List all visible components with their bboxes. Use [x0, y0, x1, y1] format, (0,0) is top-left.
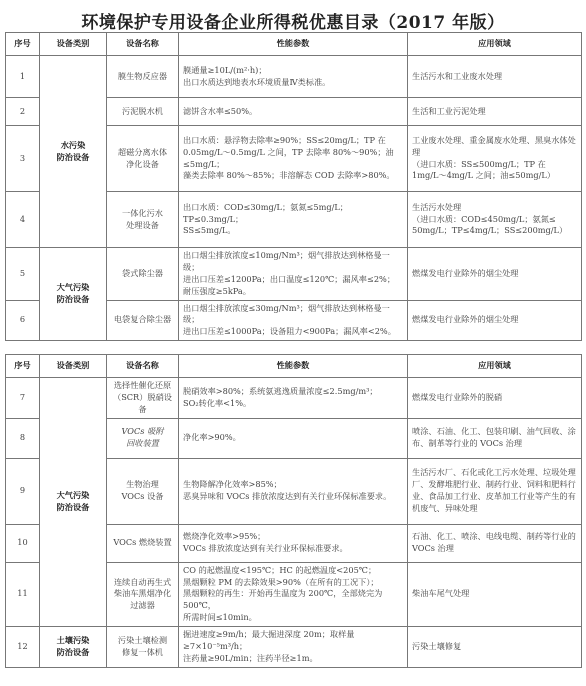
header-params: 性能参数 — [179, 33, 408, 56]
performance-params: 出口烟尘排放浓度≤30mg/Nm³；烟气排放达到林格曼一级； 进出口压差≤100… — [179, 300, 408, 341]
row-no: 11 — [6, 562, 40, 626]
equipment-name: 污泥脱水机 — [107, 98, 179, 126]
equipment-name: 电袋复合除尘器 — [107, 300, 179, 341]
application-domain: 燃煤发电行业除外的脱硝 — [408, 378, 582, 419]
application-domain: 生活污水处理 （进口水质：COD≤450mg/L；氨氮≤ 50mg/L；TP≤4… — [408, 192, 582, 248]
row-no: 12 — [6, 627, 40, 668]
application-domain: 生活污水和工业废水处理 — [408, 56, 582, 98]
performance-params: 膜通量≥10L/(m²·h)； 出口水质达到地表水环境质量Ⅳ类标准。 — [179, 56, 408, 98]
application-domain: 柴油车尾气处理 — [408, 562, 582, 626]
row-no: 9 — [6, 458, 40, 524]
application-domain: 石油、化工、喷涂、电线电缆、制药等行业的 VOCs 治理 — [408, 524, 582, 562]
performance-params: 燃烧净化效率>95%； VOCs 排放浓度达到有关行业环保标准要求。 — [179, 524, 408, 562]
equipment-name: 污染土壤检测 修复一体机 — [107, 627, 179, 668]
performance-params: 净化率>90%。 — [179, 418, 408, 458]
category-soil: 土壤污染 防治设备 — [40, 627, 107, 668]
row-no: 7 — [6, 378, 40, 419]
row-no: 4 — [6, 192, 40, 248]
application-domain: 燃煤发电行业除外的烟尘处理 — [408, 248, 582, 301]
category-air: 大气污染 防治设备 — [40, 248, 107, 341]
equipment-name: 膜生物反应器 — [107, 56, 179, 98]
header-params: 性能参数 — [179, 355, 408, 378]
application-domain: 燃煤发电行业除外的烟尘处理 — [408, 300, 582, 341]
row-no: 3 — [6, 126, 40, 192]
header-name: 设备名称 — [107, 355, 179, 378]
performance-params: 滤饼含水率≤50%。 — [179, 98, 408, 126]
equipment-name: 生物治理 VOCs 设备 — [107, 458, 179, 524]
equipment-name: 袋式除尘器 — [107, 248, 179, 301]
performance-params: CO 的起燃温度<195℃；HC 的起燃温度<205℃； 黑烟颗粒 PM 的去除… — [179, 562, 408, 626]
application-domain: 污染土壤修复 — [408, 627, 582, 668]
catalog-table-part2: 序号 设备类别 设备名称 性能参数 应用领域 7 大气污染 防治设备 选择性催化… — [5, 354, 582, 668]
category-air: 大气污染 防治设备 — [40, 378, 107, 627]
application-domain: 喷涂、石油、化工、包装印刷、油气回收、涂布、制革等行业的 VOCs 治理 — [408, 418, 582, 458]
header-no: 序号 — [6, 33, 40, 56]
header-no: 序号 — [6, 355, 40, 378]
equipment-name: 一体化污水 处理设备 — [107, 192, 179, 248]
table-header-row: 序号 设备类别 设备名称 性能参数 应用领域 — [6, 355, 582, 378]
header-name: 设备名称 — [107, 33, 179, 56]
table-row: 7 大气污染 防治设备 选择性催化还原 （SCR）脱硝设备 脱硝效率>80%；系… — [6, 378, 582, 419]
page-title: 环境保护专用设备企业所得税优惠目录（2017 年版） — [0, 8, 586, 33]
equipment-name: 超磁分离水体 净化设备 — [107, 126, 179, 192]
category-water: 水污染 防治设备 — [40, 56, 107, 248]
table-row: 12 土壤污染 防治设备 污染土壤检测 修复一体机 掘进速度≥9m/h；最大掘进… — [6, 627, 582, 668]
table-row: 5 大气污染 防治设备 袋式除尘器 出口烟尘排放浓度≤10mg/Nm³；烟气排放… — [6, 248, 582, 301]
performance-params: 生物降解净化效率>85%； 恶臭异味和 VOCs 排放浓度达到有关行业环保标准要… — [179, 458, 408, 524]
table-row: 1 水污染 防治设备 膜生物反应器 膜通量≥10L/(m²·h)； 出口水质达到… — [6, 56, 582, 98]
performance-params: 脱硝效率>80%；系统氨逃逸质量浓度≤2.5mg/m³； SO₂转化率<1%。 — [179, 378, 408, 419]
row-no: 1 — [6, 56, 40, 98]
equipment-name: VOCs 吸附 回收装置 — [107, 418, 179, 458]
application-domain: 生活污水厂、石化或化工污水处理、垃圾处理厂、发酵堆肥行业、制药行业、饲料和肥料行… — [408, 458, 582, 524]
catalog-table-part1: 序号 设备类别 设备名称 性能参数 应用领域 1 水污染 防治设备 膜生物反应器… — [5, 32, 582, 341]
header-domain: 应用领域 — [408, 33, 582, 56]
row-no: 5 — [6, 248, 40, 301]
table-header-row: 序号 设备类别 设备名称 性能参数 应用领域 — [6, 33, 582, 56]
row-no: 10 — [6, 524, 40, 562]
header-category: 设备类别 — [40, 33, 107, 56]
performance-params: 出口水质：悬浮物去除率≥90%；SS≤20mg/L；TP 在 0.05mg/L～… — [179, 126, 408, 192]
equipment-name: 连续自动再生式 柴油车黑烟净化 过滤器 — [107, 562, 179, 626]
row-no: 2 — [6, 98, 40, 126]
row-no: 6 — [6, 300, 40, 341]
performance-params: 掘进速度≥9m/h；最大掘进深度 20m；取样量≥7×10⁻⁵m³/h； 注药量… — [179, 627, 408, 668]
row-no: 8 — [6, 418, 40, 458]
application-domain: 工业废水处理、重金属废水处理、黑臭水体处理 （进口水质：SS≤500mg/L；T… — [408, 126, 582, 192]
equipment-name: 选择性催化还原 （SCR）脱硝设备 — [107, 378, 179, 419]
performance-params: 出口水质：COD≤30mg/L；氨氮≤5mg/L；TP≤0.3mg/L； SS≤… — [179, 192, 408, 248]
header-domain: 应用领域 — [408, 355, 582, 378]
application-domain: 生活和工业污泥处理 — [408, 98, 582, 126]
header-category: 设备类别 — [40, 355, 107, 378]
performance-params: 出口烟尘排放浓度≤10mg/Nm³；烟气排放达到林格曼一级； 进出口压差≤120… — [179, 248, 408, 301]
equipment-name: VOCs 燃烧装置 — [107, 524, 179, 562]
